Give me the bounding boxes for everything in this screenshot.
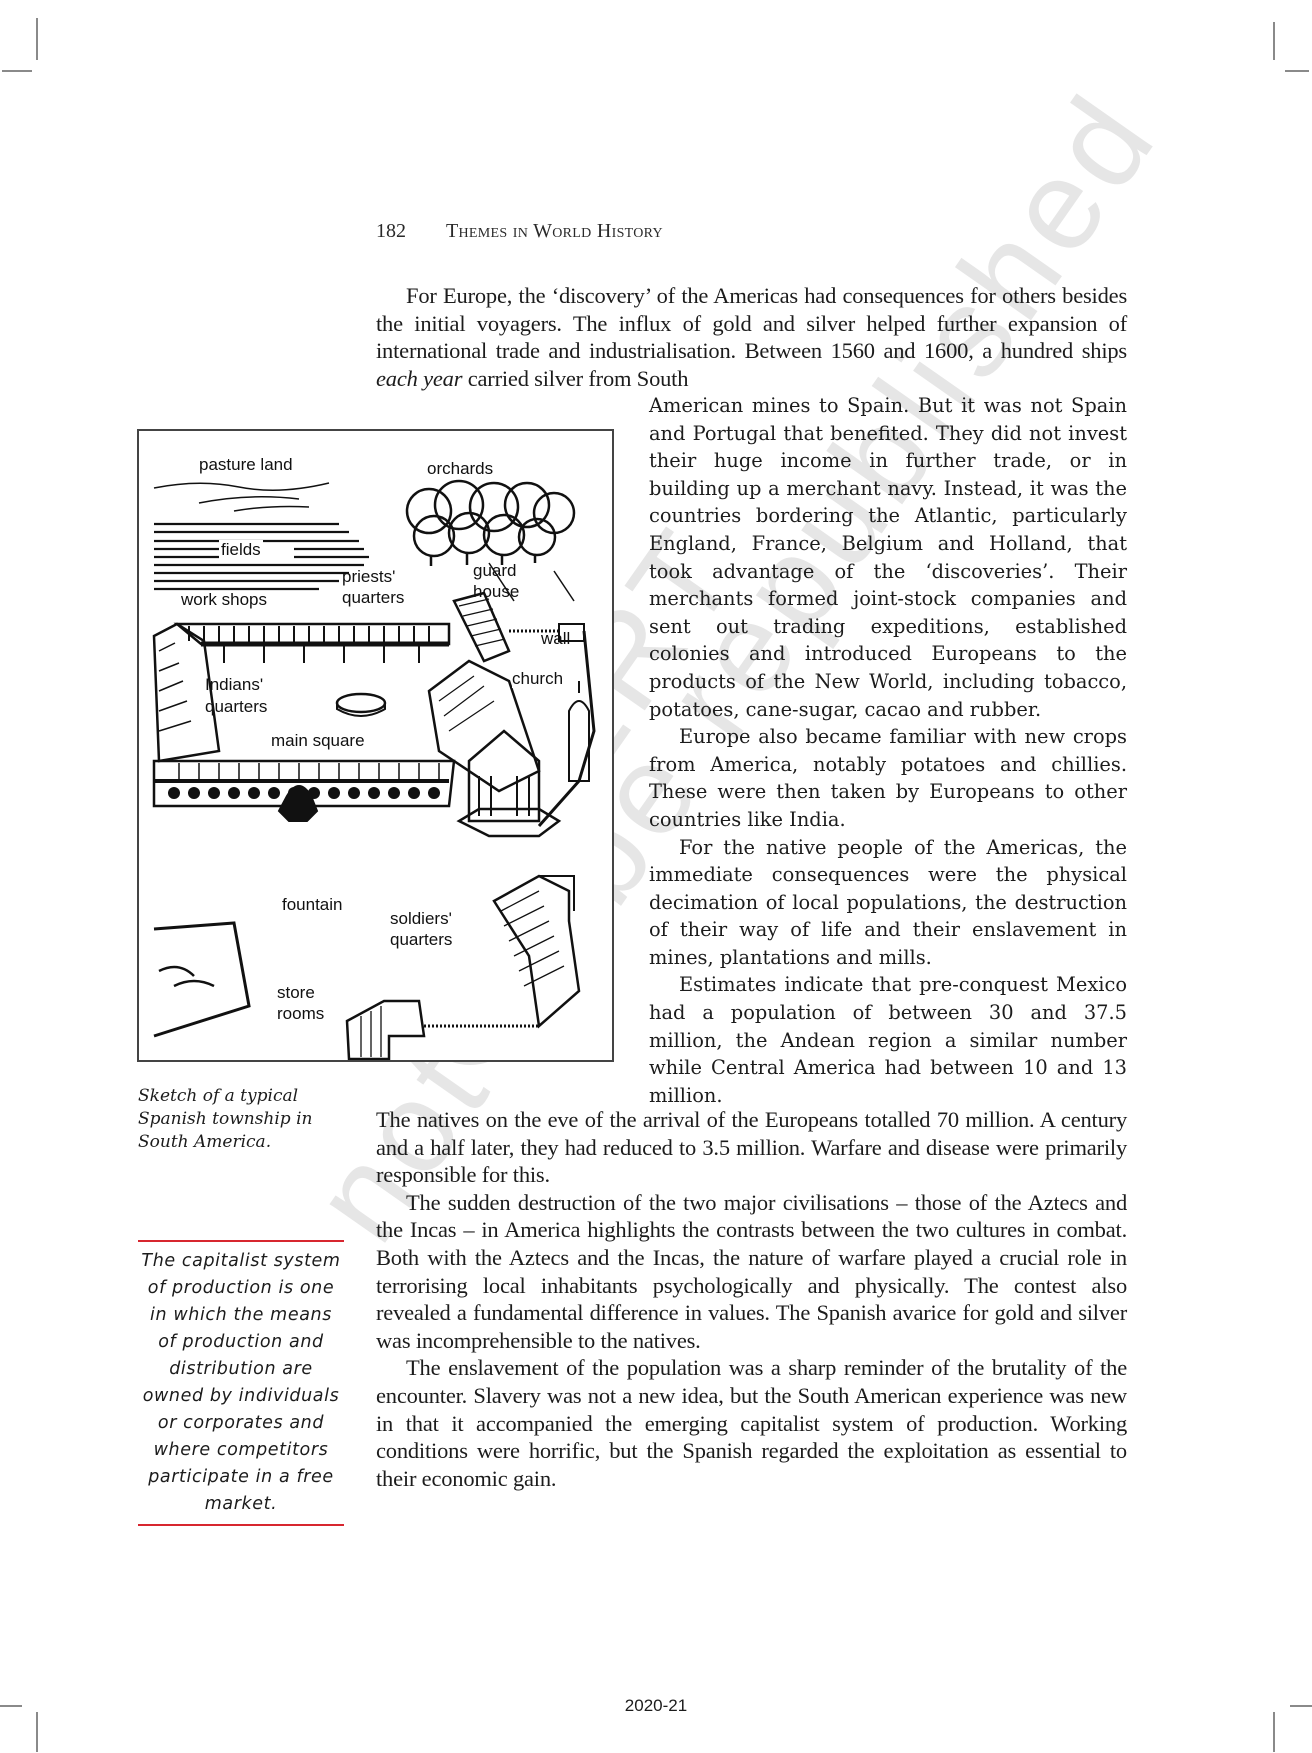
crop-mark-top-right-horizontal [1285,70,1309,72]
label-fields: fields [219,540,263,559]
crop-mark-top-left-vertical [36,18,38,60]
running-header: 182Themes in World History [376,220,663,243]
paragraph-4-continued: The natives on the eve of the arrival of… [376,1106,1127,1189]
paragraph-1-text-end: carried silver from South [462,366,688,391]
figure-caption: Sketch of a typical Spanish township in … [138,1085,358,1154]
label-priests-quarters-2: quarters [342,588,404,607]
paragraph-4-start: Estimates indicate that pre-conquest Mex… [649,971,1127,1109]
township-sketch-figure: pasture land orchards fields priests' qu… [137,429,614,1062]
label-main-square: main square [271,731,365,750]
label-work-shops: work shops [181,590,267,609]
right-column-text: American mines to Spain. But it was not … [649,392,1127,1109]
crop-mark-top-left-horizontal [2,70,32,72]
label-store-rooms-2: rooms [277,1004,324,1023]
footer-year: 2020-21 [0,1696,1312,1716]
label-wall: wall [541,629,570,648]
label-soldiers-quarters-2: quarters [390,930,452,949]
label-soldiers-quarters-1: soldiers' [390,909,452,928]
label-guard-house-1: guard [473,561,516,580]
intro-paragraph: For Europe, the ‘discovery’ of the Ameri… [376,282,1127,392]
paragraph-1-continued: American mines to Spain. But it was not … [649,392,1127,723]
book-title: Themes in World History [446,220,663,242]
label-guard-house-2: house [473,582,519,601]
paragraph-1-italic: each year [376,366,462,391]
paragraph-3: For the native people of the Americas, t… [649,834,1127,972]
label-pasture-land: pasture land [199,455,293,474]
capitalism-definition-box: The capitalist system of production is o… [138,1240,344,1526]
lower-text-block: The natives on the eve of the arrival of… [376,1106,1127,1492]
label-indians-quarters-1: Indians' [205,675,263,694]
label-fountain: fountain [282,895,343,914]
crop-mark-top-right-vertical [1273,22,1275,60]
page-number: 182 [376,220,446,243]
paragraph-5: The sudden destruction of the two major … [376,1189,1127,1355]
label-indians-quarters-2: quarters [205,697,267,716]
label-church: church [512,669,563,688]
township-illustration [139,431,612,1060]
crop-mark-bottom-right-vertical [1273,1712,1275,1752]
label-priests-quarters-1: priests' [342,567,395,586]
paragraph-1-text: For Europe, the ‘discovery’ of the Ameri… [376,283,1127,363]
label-orchards: orchards [427,459,493,478]
crop-mark-bottom-left-vertical [36,1712,38,1752]
paragraph-6: The enslavement of the population was a … [376,1354,1127,1492]
paragraph-2: Europe also became familiar with new cro… [649,723,1127,833]
label-store-rooms-1: store [277,983,315,1002]
paragraph-1-lead: For Europe, the ‘discovery’ of the Ameri… [376,282,1127,392]
